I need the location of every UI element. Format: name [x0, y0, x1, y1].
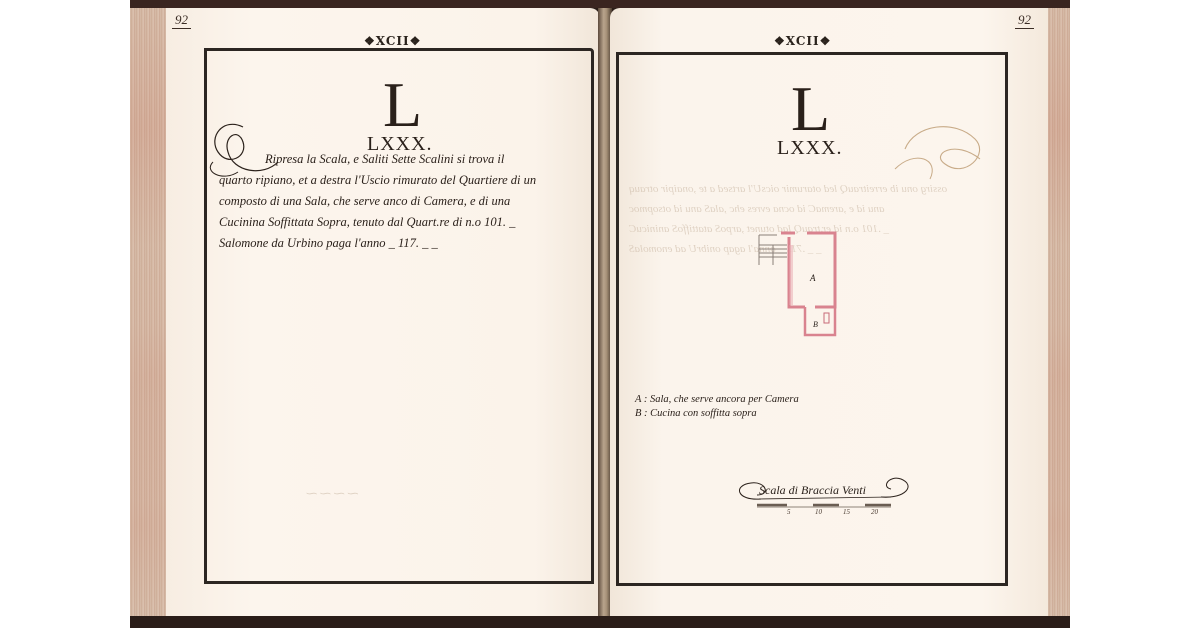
right-page: 92 ❖XCII❖ L LXXX. ossirg onu ib erreitra… — [610, 8, 1048, 616]
text-line: composto di una Sala, che serve anco di … — [219, 191, 591, 212]
text-line: Ripresa la Scala, e Saliti Sette Scalini… — [219, 149, 591, 170]
right-header-numeral: ❖XCII❖ — [774, 34, 831, 48]
scale-bar: Scala di Braccia Venti 5 10 15 20 — [731, 471, 921, 531]
right-folio-number: 92 — [1015, 12, 1034, 29]
left-entry-text: Ripresa la Scala, e Saliti Sette Scalini… — [219, 149, 591, 254]
right-page-frame: L LXXX. ossirg onu ib erreitrauQ led ota… — [616, 52, 1008, 586]
plan-legend: A : Sala, che serve ancora per Camera B … — [635, 393, 799, 421]
left-header-numeral: ❖XCII❖ — [364, 34, 421, 48]
right-entry-number: LXXX. — [777, 137, 843, 160]
text-line: quarto ripiano, et a destra l'Uscio rimu… — [219, 170, 591, 191]
legend-row-a: A : Sala, che serve ancora per Camera — [635, 393, 799, 407]
bleed-through-scale: ⁓ ⁓ ⁓ ⁓ — [307, 487, 359, 500]
left-page-frame: L LXXX. Ripresa la Scala, e Saliti Sette… — [204, 48, 594, 584]
bleed-through-text: anu id e ,aremaC id ocna evres ehc ,alaS… — [629, 203, 885, 215]
book-cover-bottom — [130, 616, 1070, 628]
bleed-through-flourish-icon — [885, 119, 995, 189]
room-b-label: B — [813, 320, 818, 329]
legend-row-b: B : Cucina con soffitta sopra — [635, 407, 799, 421]
left-page: 92 ❖XCII❖ L LXXX. Ripresa la Scala, e Sa… — [166, 8, 600, 616]
book-cover-top — [130, 0, 1070, 8]
text-line: Salomone da Urbino paga l'anno _ 117. _ … — [219, 233, 591, 254]
text-line: Cucinina Soffittata Sopra, tenuto dal Qu… — [219, 212, 591, 233]
floor-plan-diagram: A B — [755, 225, 845, 345]
bleed-through-text: ossirg onu ib erreitrauQ led otarumir oi… — [629, 183, 947, 195]
left-folio-number: 92 — [172, 12, 191, 29]
left-page-edges — [130, 8, 166, 616]
left-initial-letter: L — [383, 73, 422, 137]
scale-label: Scala di Braccia Venti — [759, 483, 866, 498]
right-page-edges — [1048, 8, 1070, 616]
open-manuscript-book: 92 ❖XCII❖ L LXXX. Ripresa la Scala, e Sa… — [130, 0, 1070, 628]
room-a-label: A — [809, 273, 816, 283]
right-initial-letter: L — [791, 77, 830, 141]
